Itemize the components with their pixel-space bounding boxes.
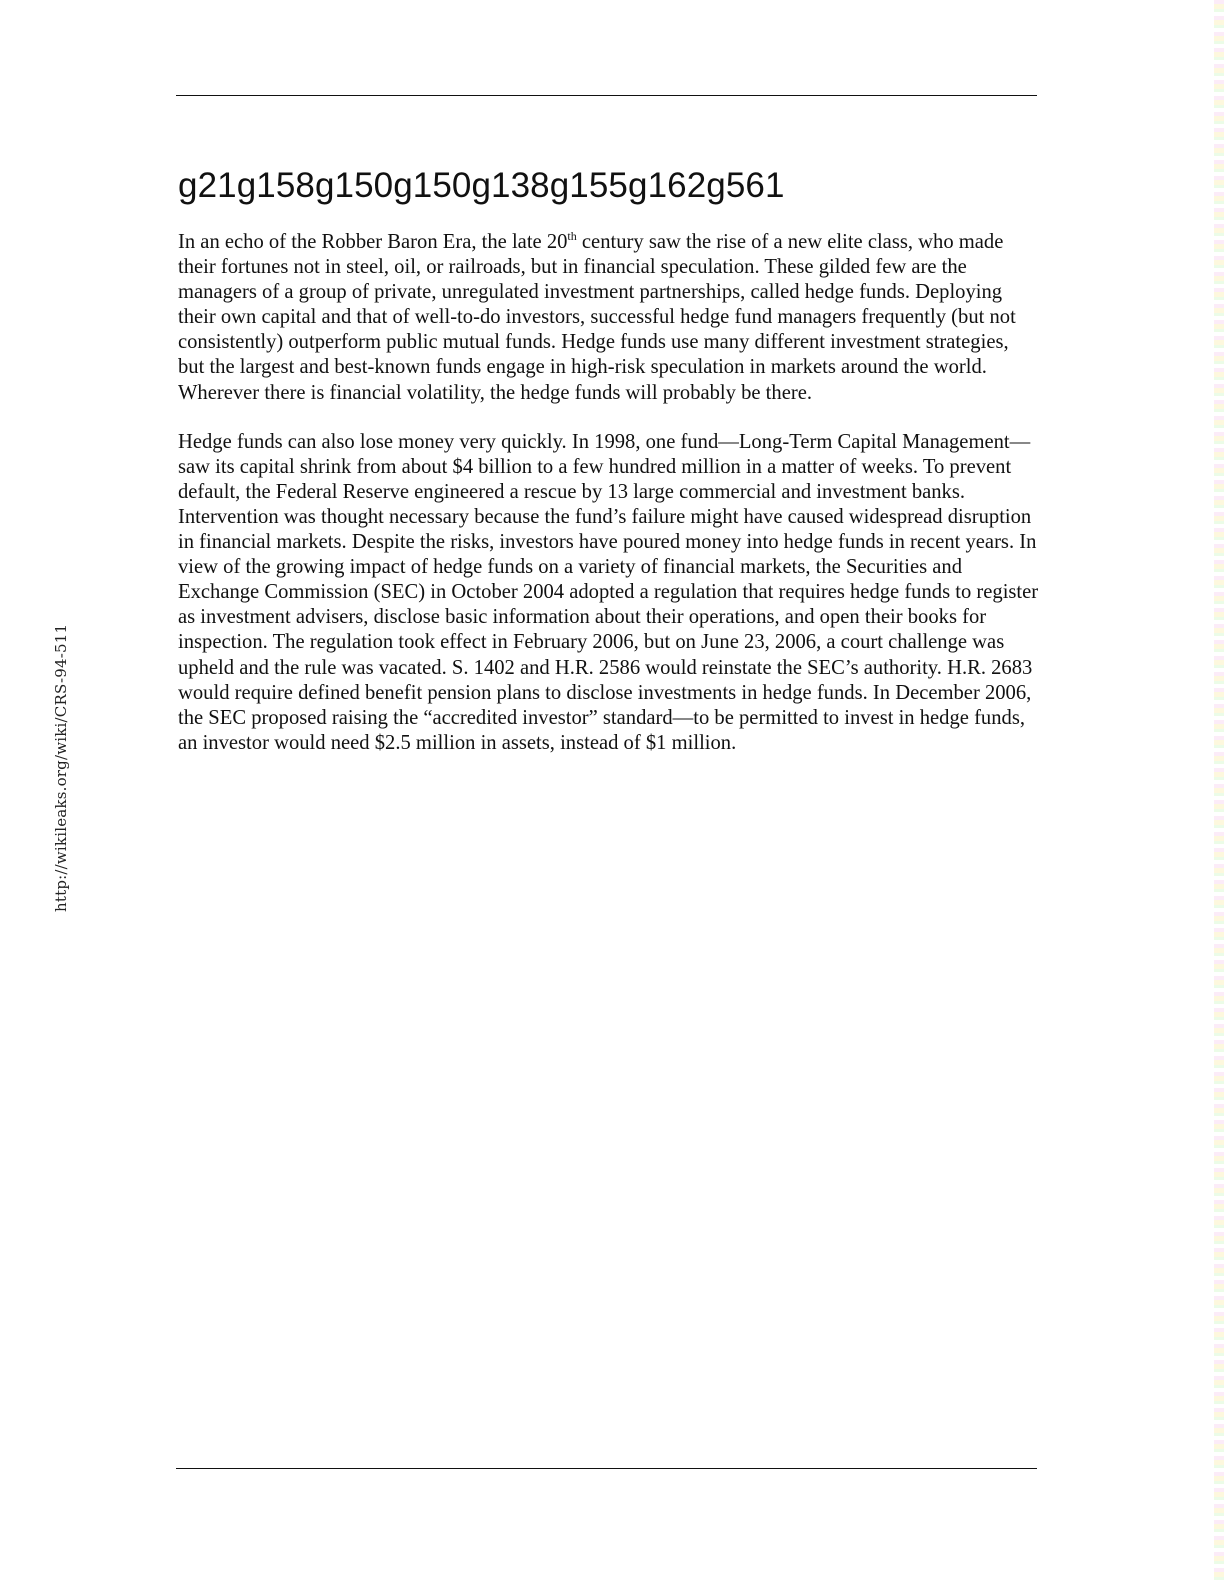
- page-edge-artifact: [1214, 0, 1224, 1584]
- ordinal-superscript: th: [567, 229, 576, 243]
- footer-rule: [176, 1468, 1037, 1469]
- header-rule: [176, 95, 1037, 96]
- paragraph-1: In an echo of the Robber Baron Era, the …: [178, 230, 1040, 406]
- body-text: In an echo of the Robber Baron Era, the …: [178, 230, 1040, 780]
- paragraph-2: Hedge funds can also lose money very qui…: [178, 430, 1040, 756]
- side-source-url: http://wikileaks.org/wiki/CRS-94-511: [52, 624, 70, 912]
- paragraph-1-text-end: century saw the rise of a new elite clas…: [178, 231, 1016, 404]
- section-heading: g21g158g150g150g138g155g162g561: [178, 164, 785, 208]
- paragraph-1-text-start: In an echo of the Robber Baron Era, the …: [178, 231, 567, 253]
